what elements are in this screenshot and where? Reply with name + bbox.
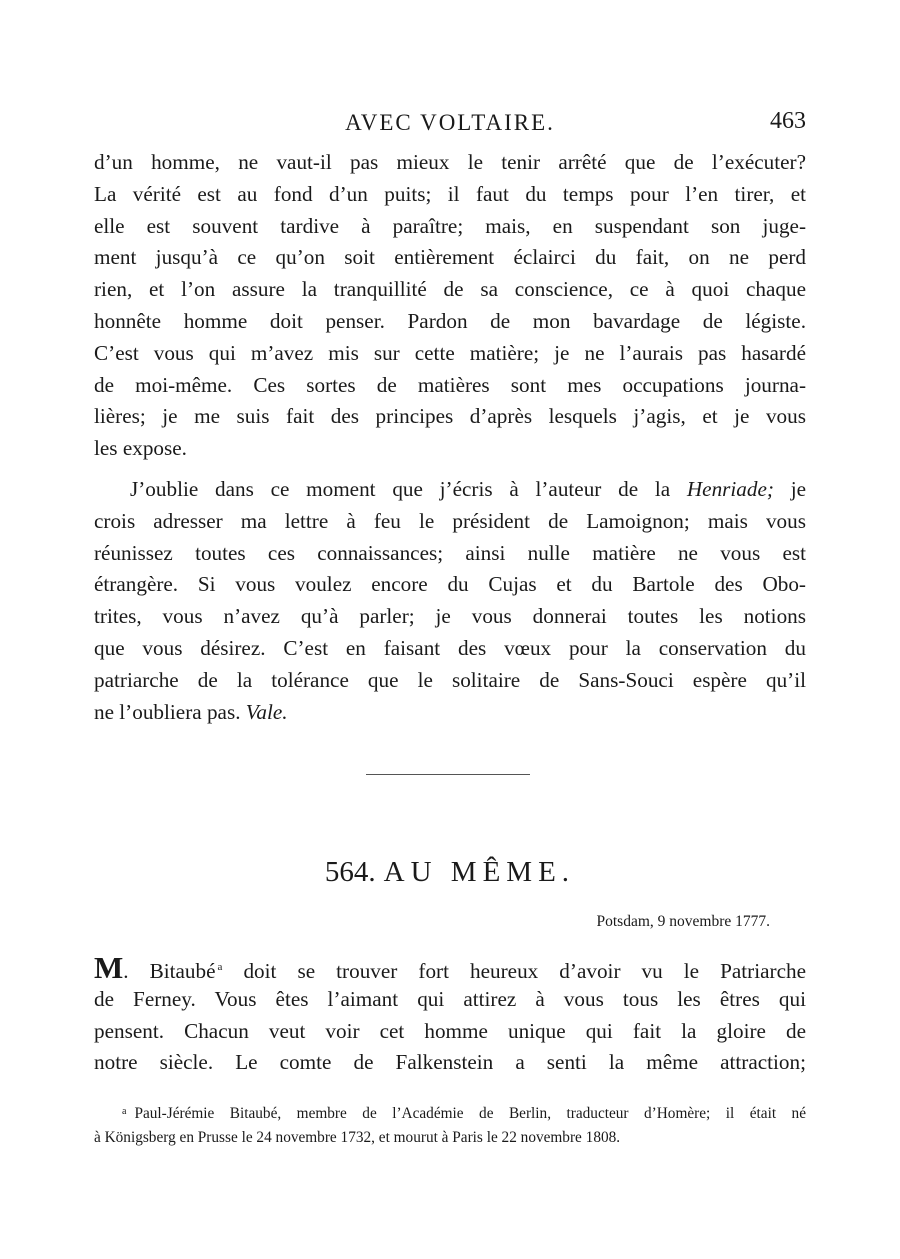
closing-italic: Vale.: [246, 700, 288, 724]
text-segment: je: [774, 477, 806, 501]
book-page: AVEC VOLTAIRE. 463 d’un homme, ne vaut-i…: [0, 0, 900, 1259]
footnote-text: Paul-Jérémie Bitaubé, membre de l’Académ…: [134, 1105, 806, 1122]
text-line: lières; je me suis fait des principes d’…: [94, 401, 806, 433]
letter-title: AU MÊME.: [384, 856, 575, 888]
text-line: crois adresser ma lettre à feu le présid…: [94, 506, 806, 538]
text-line: ment jusqu’à ce qu’on soit entièrement é…: [94, 242, 806, 274]
paragraph: J’oublie dans ce moment que j’écris à l’…: [94, 474, 806, 728]
page-number: 463: [770, 108, 806, 135]
text-line: elle est souvent tardive à paraître; mai…: [94, 211, 806, 243]
text-line: de moi-même. Ces sortes de matières sont…: [94, 370, 806, 402]
text-segment: ne l’oubliera pas.: [94, 700, 246, 724]
book-title-italic: Henriade;: [687, 477, 774, 501]
running-title: AVEC VOLTAIRE.: [94, 110, 806, 136]
text-line: ne l’oubliera pas. Vale.: [94, 697, 806, 729]
footnote-marker: a: [122, 1106, 126, 1117]
paragraph-continued: d’un homme, ne vaut-il pas mieux le teni…: [94, 147, 806, 465]
text-segment: . Bitaubé: [123, 959, 215, 983]
running-head: AVEC VOLTAIRE. 463: [94, 108, 806, 142]
text-line: réunissez toutes ces connaissances; ains…: [94, 538, 806, 570]
text-line: patriarche de la tolérance que le solita…: [94, 665, 806, 697]
text-line: que vous désirez. C’est en faisant des v…: [94, 633, 806, 665]
text-line: J’oublie dans ce moment que j’écris à l’…: [94, 474, 806, 506]
letter-body: M. Bitaubéa doit se trouver fort heureux…: [94, 952, 806, 1079]
section-divider: [366, 774, 530, 775]
text-line: trites, vous n’avez qu’à parler; je vous…: [94, 601, 806, 633]
footnote-line: aPaul-Jérémie Bitaubé, membre de l’Acadé…: [94, 1100, 806, 1126]
letter-number: 564.: [325, 856, 376, 888]
text-line: M. Bitaubéa doit se trouver fort heureux…: [94, 952, 806, 984]
text-line: les expose.: [94, 433, 806, 465]
text-line: rien, et l’on assure la tranquillité de …: [94, 274, 806, 306]
text-line: d’un homme, ne vaut-il pas mieux le teni…: [94, 147, 806, 179]
text-line: La vérité est au fond d’un puits; il fau…: [94, 179, 806, 211]
dateline: Potsdam, 9 novembre 1777.: [597, 913, 771, 931]
text-line: honnête homme doit penser. Pardon de mon…: [94, 306, 806, 338]
text-line: pensent. Chacun veut voir cet homme uniq…: [94, 1016, 806, 1048]
footnotes: aPaul-Jérémie Bitaubé, membre de l’Acadé…: [94, 1100, 806, 1150]
text-line: notre siècle. Le comte de Falkenstein a …: [94, 1047, 806, 1079]
text-segment: J’oublie dans ce moment que j’écris à l’…: [130, 477, 687, 501]
text-line: étrangère. Si vous voulez encore du Cuja…: [94, 569, 806, 601]
text-segment: doit se trouver fort heureux d’avoir vu …: [222, 959, 806, 983]
text-line: de Ferney. Vous êtes l’aimant qui attire…: [94, 984, 806, 1016]
initial-capital: M: [94, 950, 123, 985]
footnote-line: à Königsberg en Prusse le 24 novembre 17…: [94, 1126, 806, 1150]
text-line: C’est vous qui m’avez mis sur cette mati…: [94, 338, 806, 370]
letter-heading: 564.AU MÊME.: [0, 856, 900, 889]
